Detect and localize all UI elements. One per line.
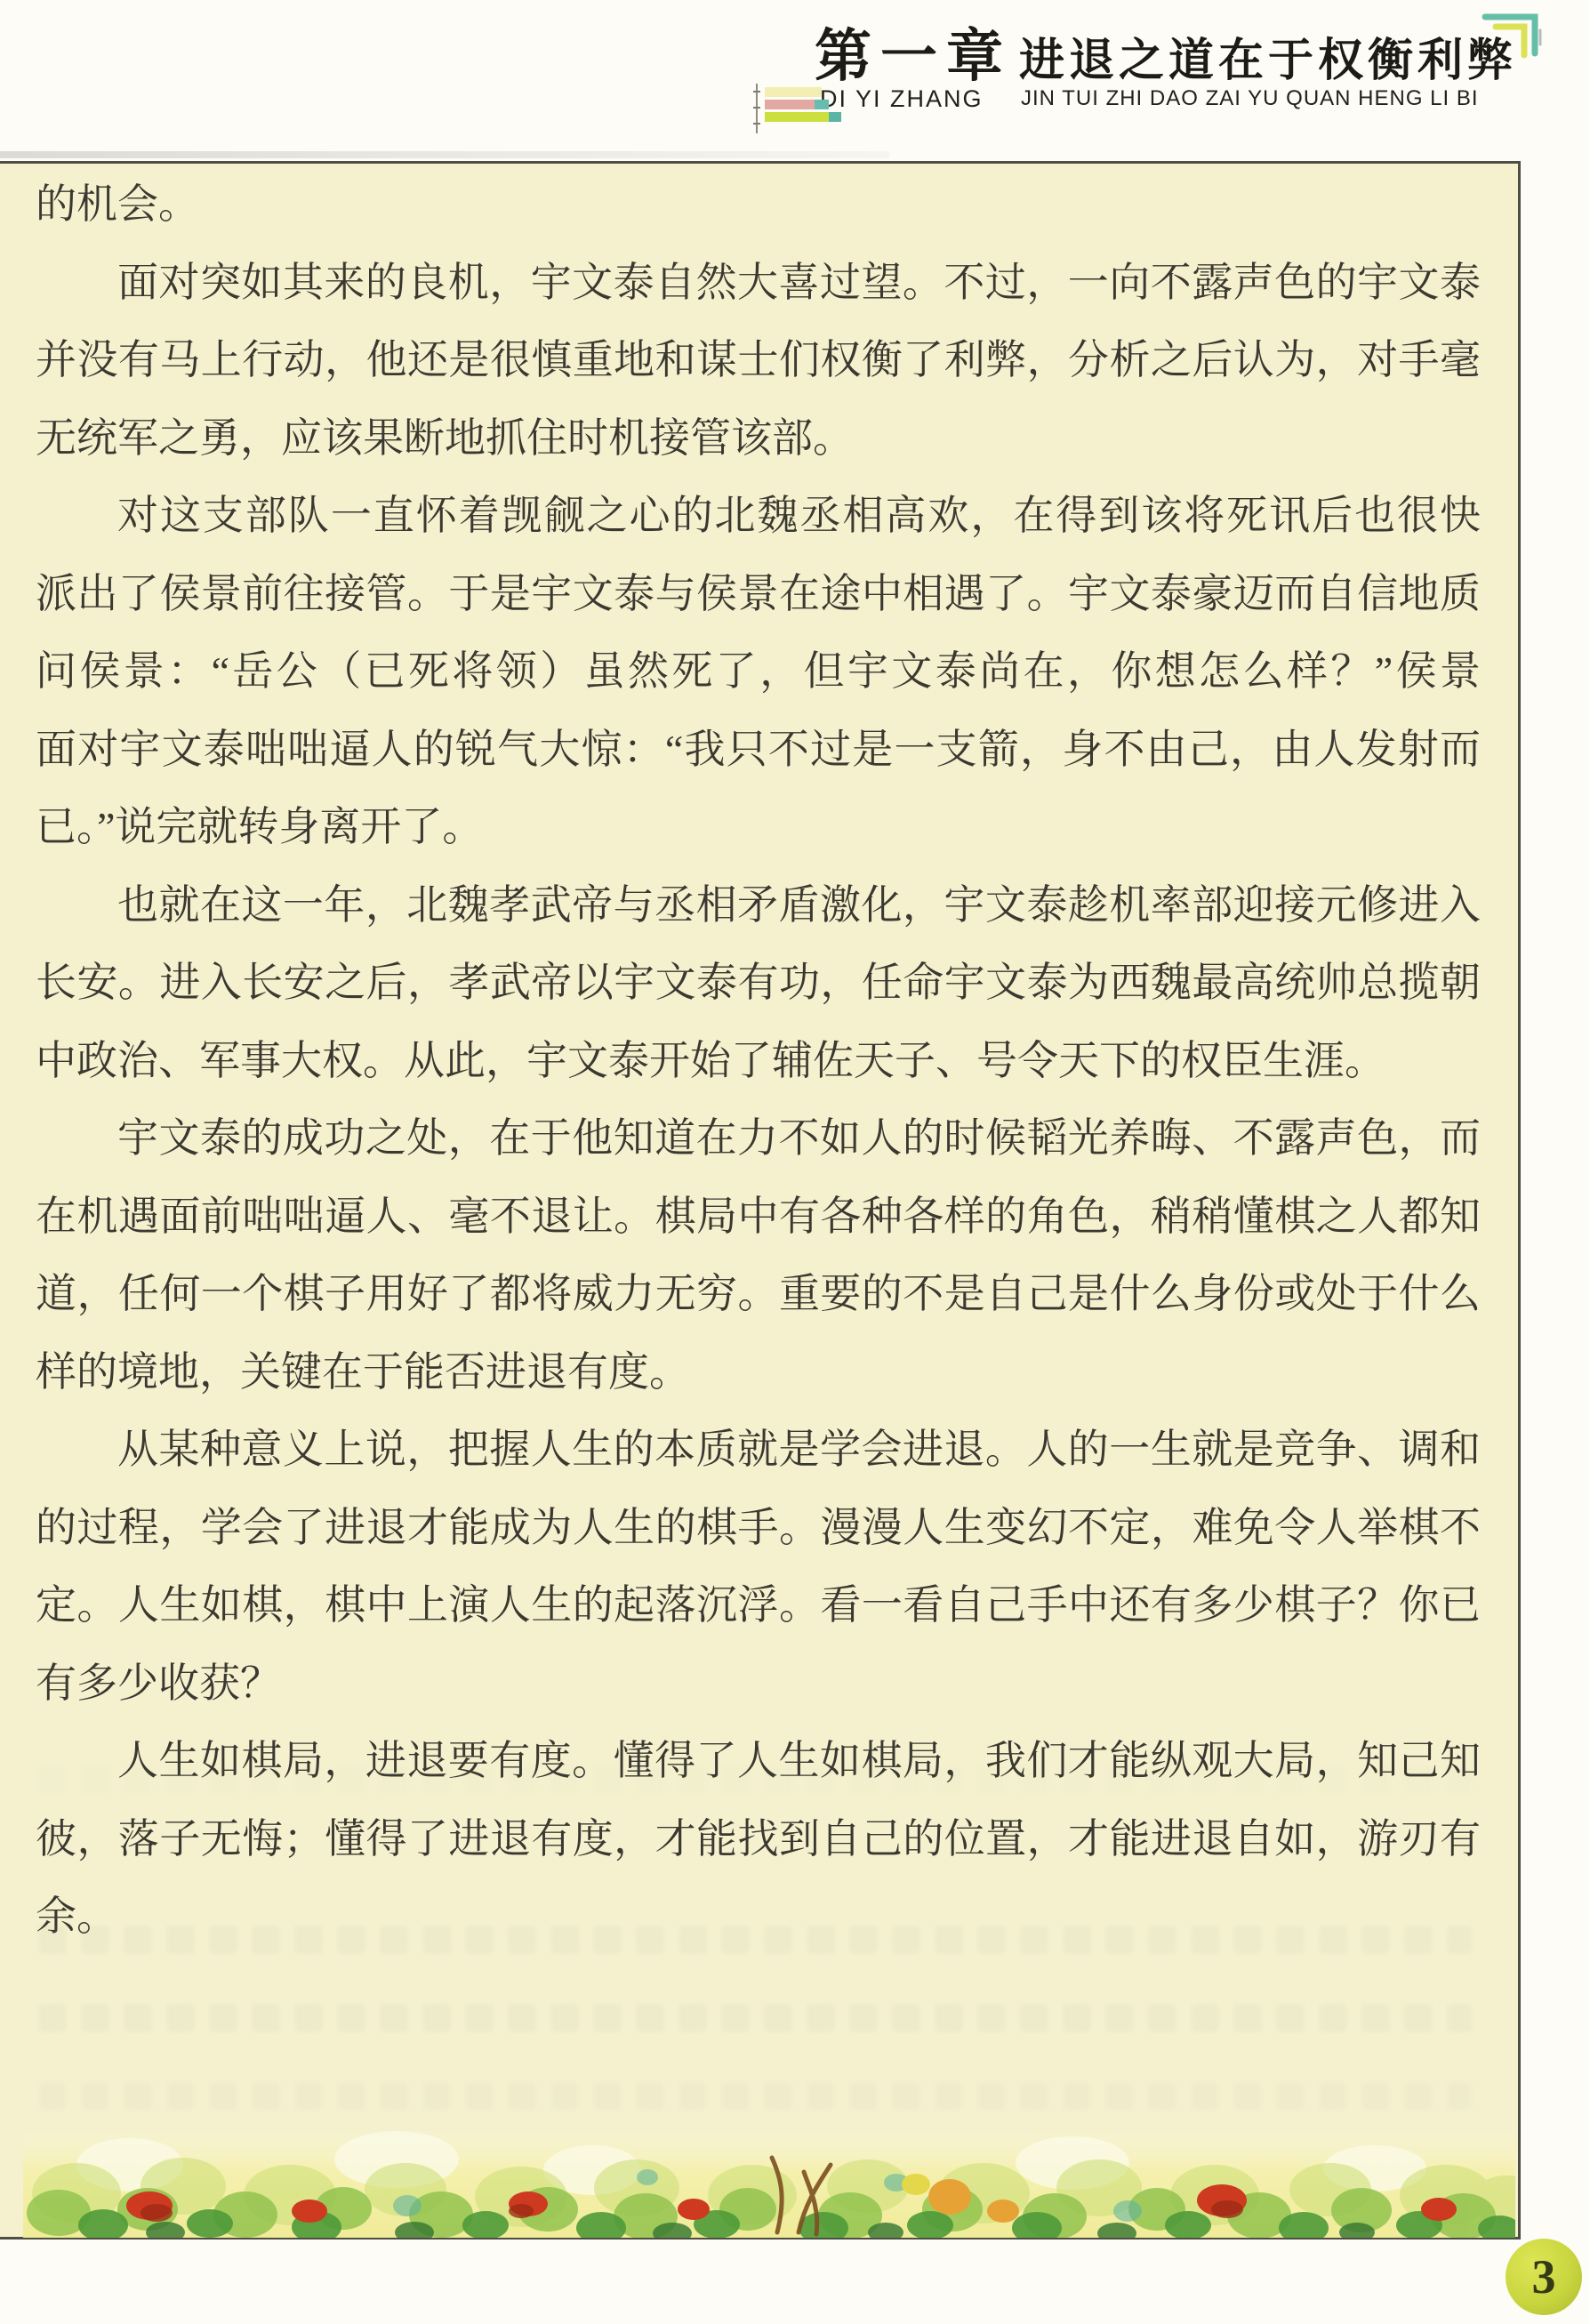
body-line: 已。”说完就转身离开了。 bbox=[36, 788, 1481, 866]
body-line: 道，任何一个棋子用好了都将威力无穷。重要的不是自己是什么身份或处于什么 bbox=[36, 1255, 1481, 1333]
chapter-number-pinyin: DI YI ZHANG bbox=[820, 85, 984, 113]
body-line: 也就在这一年，北魏孝武帝与丞相矛盾激化，宇文泰趁机率部迎接元修进入 bbox=[36, 866, 1481, 945]
body-line: 在机遇面前咄咄逼人、毫不退让。棋局中有各种各样的角色，稍稍懂棋之人都知 bbox=[36, 1178, 1481, 1256]
body-line: 定。人生如棋，棋中上演人生的起落沉浮。看一看自己手中还有多少棋子？你已 bbox=[36, 1566, 1481, 1644]
ghost-bleed-row bbox=[39, 2083, 1471, 2110]
ghost-bleed-row bbox=[39, 2005, 1471, 2031]
body-line: 的机会。 bbox=[36, 165, 1481, 244]
corner-bracket-icon bbox=[1482, 5, 1558, 59]
body-line: 有多少收获？ bbox=[36, 1644, 1481, 1723]
body-line: 面对宇文泰咄咄逼人的锐气大惊：“我只不过是一支箭，身不由己，由人发射而 bbox=[36, 711, 1481, 789]
chapter-title: 进退之道在于权衡利弊 bbox=[1019, 23, 1517, 89]
chapter-number: 第一章 bbox=[815, 11, 1012, 92]
scan-shading bbox=[0, 151, 889, 158]
body-line: 问侯景：“岳公（已死将领）虽然死了，但宇文泰尚在，你想怎么样？”侯景 bbox=[36, 632, 1481, 711]
chapter-title-pinyin: JIN TUI ZHI DAO ZAI YU QUAN HENG LI BI bbox=[1021, 86, 1479, 111]
page-header: 第一章 DI YI ZHANG 进退之道在于权衡利弊 JIN TUI ZHI D… bbox=[0, 0, 1590, 161]
marker-bar bbox=[765, 112, 829, 122]
body-line: 对这支部队一直怀着觊觎之心的北魏丞相高欢，在得到该将死讯后也很快 bbox=[36, 477, 1481, 555]
body-line: 面对突如其来的良机，宇文泰自然大喜过望。不过，一向不露声色的宇文泰 bbox=[36, 244, 1481, 322]
body-line: 彼，落子无悔；懂得了进退有度，才能找到自己的位置，才能进退自如，游刃有 bbox=[36, 1800, 1481, 1878]
marker-bar bbox=[765, 100, 815, 109]
body-line: 样的境地，关键在于能否进退有度。 bbox=[36, 1333, 1481, 1411]
body-line: 并没有马上行动，他还是很慎重地和谋士们权衡了利弊，分析之后认为，对手毫 bbox=[36, 321, 1481, 399]
scanned-book-page: 第一章 DI YI ZHANG 进退之道在于权衡利弊 JIN TUI ZHI D… bbox=[0, 0, 1590, 2324]
body-line: 长安。进入长安之后，孝武帝以宇文泰有功，任命宇文泰为西魏最高统帅总揽朝 bbox=[36, 944, 1481, 1022]
marker-tick bbox=[753, 91, 760, 92]
body-line: 中政治、军事大权。从此，宇文泰开始了辅佐天子、号令天下的权臣生涯。 bbox=[36, 1022, 1481, 1100]
body-line: 无统军之勇，应该果断地抓住时机接管该部。 bbox=[36, 399, 1481, 478]
page-number-badge: 3 bbox=[1506, 2239, 1582, 2315]
ghost-bleed-row bbox=[39, 1766, 1471, 1793]
grass-border-illustration bbox=[23, 2124, 1515, 2238]
body-line: 的过程，学会了进退才能成为人生的棋手。漫漫人生变幻不定，难免令人举棋不 bbox=[36, 1489, 1481, 1567]
body-text: 的机会。面对突如其来的良机，宇文泰自然大喜过望。不过，一向不露声色的宇文泰并没有… bbox=[36, 165, 1481, 1956]
body-line: 宇文泰的成功之处，在于他知道在力不如人的时候韬光养晦、不露声色，而 bbox=[36, 1099, 1481, 1178]
marker-bar bbox=[765, 87, 822, 97]
chapter-marker-decoration bbox=[756, 84, 841, 135]
ghost-bleed-row bbox=[39, 1926, 1471, 1953]
body-line: 派出了侯景前往接管。于是宇文泰与侯景在途中相遇了。宇文泰豪迈而自信地质 bbox=[36, 555, 1481, 633]
page-number: 3 bbox=[1532, 2249, 1556, 2304]
marker-tick bbox=[753, 123, 760, 125]
marker-tick bbox=[753, 107, 760, 109]
body-line: 从某种意义上说，把握人生的本质就是学会进退。人的一生就是竞争、调和 bbox=[36, 1411, 1481, 1489]
